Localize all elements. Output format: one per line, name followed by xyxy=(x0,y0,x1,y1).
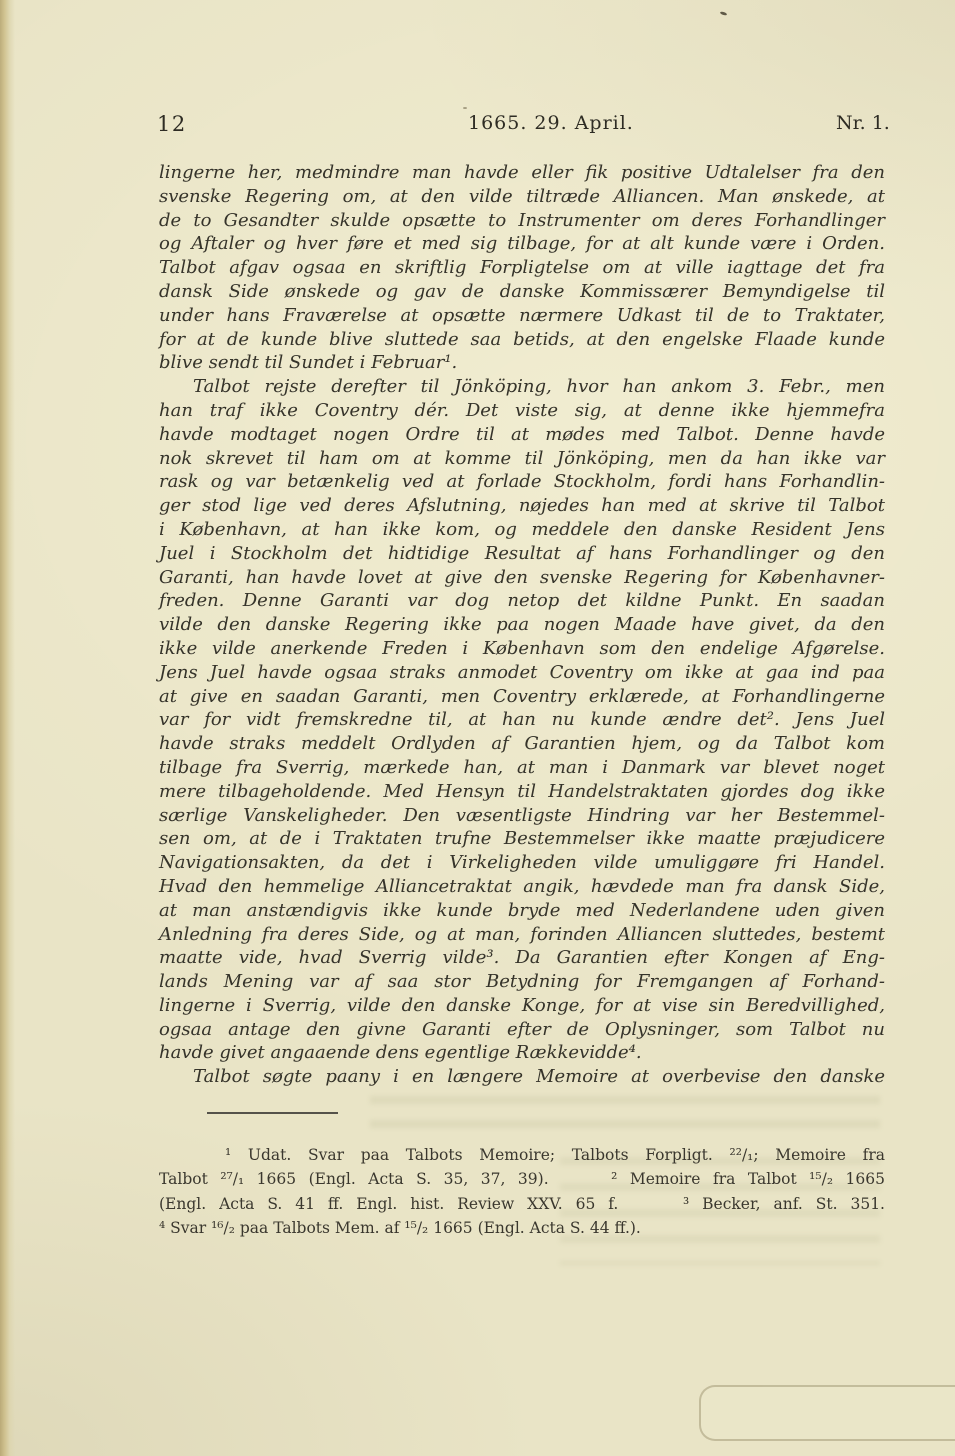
ink-speck xyxy=(463,107,467,109)
body-line: Garanti, han havde lovet at give den sve… xyxy=(159,566,885,590)
body-line: han traf ikke Coventry dér. Det viste si… xyxy=(159,399,885,423)
body-line: freden. Denne Garanti var dog netop det … xyxy=(159,589,885,613)
body-line: blive sendt til Sundet i Februar¹. xyxy=(159,351,885,375)
body-line: de to Gesandter skulde opsætte to Instru… xyxy=(159,209,885,233)
page-binding-edge xyxy=(0,0,15,1456)
body-line: dansk Side ønskede og gav de danske Komm… xyxy=(159,280,885,304)
body-line: Talbot rejste derefter til Jönköping, hv… xyxy=(159,375,885,399)
body-line: vilde den danske Regering ikke paa nogen… xyxy=(159,613,885,637)
body-line: mere tilbageholdende. Med Hensyn til Han… xyxy=(159,780,885,804)
body-text: lingerne her, medmindre man havde eller … xyxy=(159,161,885,1089)
body-line: Juel i Stockholm det hidtidige Resultat … xyxy=(159,542,885,566)
body-line: sen om, at de i Traktaten trufne Bestemm… xyxy=(159,827,885,851)
bleed-through-artifact xyxy=(370,1090,880,1136)
body-line: havde straks meddelt Ordlyden af Garanti… xyxy=(159,732,885,756)
body-line: lands Mening var af saa stor Betydning f… xyxy=(159,970,885,994)
body-line: Talbot søgte paany i en længere Memoire … xyxy=(159,1065,885,1089)
body-line: tilbage fra Sverrig, mærkede han, at man… xyxy=(159,756,885,780)
body-line: Anledning fra deres Side, og at man, for… xyxy=(159,923,885,947)
body-line: maatte vide, hvad Sverrig vilde³. Da Gar… xyxy=(159,946,885,970)
body-line: havde modtaget nogen Ordre til at mødes … xyxy=(159,423,885,447)
body-line: Jens Juel havde ogsaa straks anmodet Cov… xyxy=(159,661,885,685)
body-line: rask og var betænkelig ved at forlade St… xyxy=(159,470,885,494)
body-line: særlige Vanskeligheder. Den væsentligste… xyxy=(159,804,885,828)
footnote-line: ⁴ Svar ¹⁶/₂ paa Talbots Mem. af ¹⁵/₂ 166… xyxy=(159,1216,885,1240)
body-line: Navigationsakten, da det i Virkeligheden… xyxy=(159,851,885,875)
body-line: svenske Regering om, at den vilde tiltræ… xyxy=(159,185,885,209)
scan-artifact-rounded-box xyxy=(699,1385,955,1441)
body-line: ikke vilde anerkende Freden i København … xyxy=(159,637,885,661)
page-number: 12 xyxy=(157,112,187,136)
body-line: og Aftaler og hver føre et med sig tilba… xyxy=(159,232,885,256)
footnotes: ¹ Udat. Svar paa Talbots Memoire; Talbot… xyxy=(159,1143,885,1240)
body-line: nok skrevet til ham om at komme til Jönk… xyxy=(159,447,885,471)
footnote-line: ¹ Udat. Svar paa Talbots Memoire; Talbot… xyxy=(159,1143,885,1167)
ink-speck xyxy=(720,11,728,16)
body-line: lingerne her, medmindre man havde eller … xyxy=(159,161,885,185)
body-line: ger stod lige ved deres Afslutning, nøje… xyxy=(159,494,885,518)
running-header-number: Nr. 1. xyxy=(836,112,890,134)
body-line: lingerne i Sverrig, vilde den danske Kon… xyxy=(159,994,885,1018)
body-line: for at de kunde blive sluttede saa betid… xyxy=(159,328,885,352)
body-line: var for vidt fremskredne til, at han nu … xyxy=(159,708,885,732)
running-header-date: 1665. 29. April. xyxy=(468,112,634,134)
body-line: havde givet angaaende dens egentlige Ræk… xyxy=(159,1041,885,1065)
footnote-line: Talbot ²⁷/₁ 1665 (Engl. Acta S. 35, 37, … xyxy=(159,1167,885,1191)
body-line: ogsaa antage den givne Garanti efter de … xyxy=(159,1018,885,1042)
body-line: at give en saadan Garanti, men Coventry … xyxy=(159,685,885,709)
body-line: under hans Fraværelse at opsætte nærmere… xyxy=(159,304,885,328)
footnote-line: (Engl. Acta S. 41 ff. Engl. hist. Review… xyxy=(159,1192,885,1216)
body-line: Hvad den hemmelige Alliancetraktat angik… xyxy=(159,875,885,899)
footnote-separator xyxy=(207,1112,338,1114)
body-line: at man anstændigvis ikke kunde bryde med… xyxy=(159,899,885,923)
body-line: Talbot afgav ogsaa en skriftlig Forpligt… xyxy=(159,256,885,280)
book-page-scan: 12 1665. 29. April. Nr. 1. lingerne her,… xyxy=(0,0,955,1456)
body-line: i København, at han ikke kom, og meddele… xyxy=(159,518,885,542)
